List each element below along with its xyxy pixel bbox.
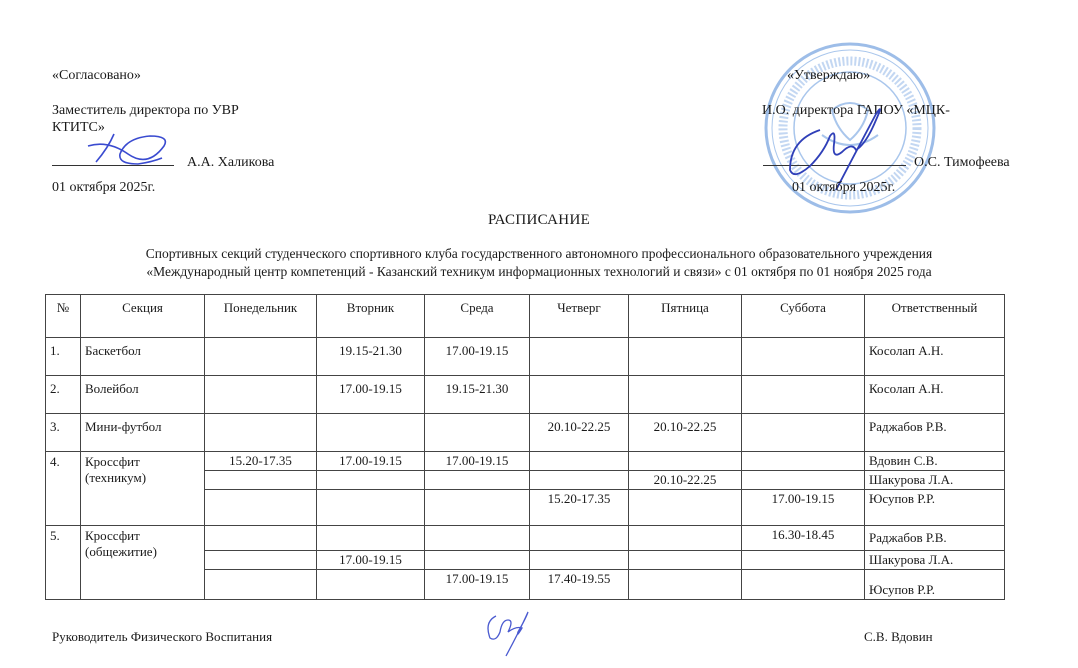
header-friday: Пятница: [629, 295, 742, 338]
cell-thursday: [530, 471, 629, 490]
cell-tuesday: [317, 570, 425, 600]
cell-friday: [629, 526, 742, 551]
cell-wednesday: [425, 471, 530, 490]
cell-monday: [205, 376, 317, 414]
cell-tuesday: 17.00-19.15: [317, 376, 425, 414]
cell-section: Кроссфит (техникум): [81, 452, 205, 526]
cell-tuesday: [317, 526, 425, 551]
header-section: Секция: [81, 295, 205, 338]
footer-name: С.В. Вдовин: [864, 629, 933, 645]
cell-thursday: [530, 338, 629, 376]
cell-monday: [205, 490, 317, 526]
header-tuesday: Вторник: [317, 295, 425, 338]
table-row: 5. Кроссфит (общежитие) 16.30-18.45 Радж…: [46, 526, 1005, 551]
cell-wednesday: [425, 526, 530, 551]
cell-num: 2.: [46, 376, 81, 414]
cell-wednesday: [425, 490, 530, 526]
cell-friday: [629, 490, 742, 526]
cell-monday: [205, 526, 317, 551]
cell-friday: 20.10-22.25: [629, 414, 742, 452]
cell-responsible: Юсупов Р.Р.: [865, 570, 1005, 600]
cell-tuesday: 17.00-19.15: [317, 452, 425, 471]
cell-friday: [629, 452, 742, 471]
cell-responsible: Косолап А.Н.: [865, 376, 1005, 414]
cell-tuesday: [317, 414, 425, 452]
approval-left-name: А.А. Халикова: [187, 155, 274, 171]
cell-tuesday: [317, 471, 425, 490]
schedule-table: № Секция Понедельник Вторник Среда Четве…: [45, 294, 1005, 600]
cell-friday: [629, 570, 742, 600]
cell-num: 1.: [46, 338, 81, 376]
cell-thursday: 15.20-17.35: [530, 490, 629, 526]
cell-section: Мини-футбол: [81, 414, 205, 452]
table-row: 1. Баскетбол 19.15-21.30 17.00-19.15 Кос…: [46, 338, 1005, 376]
cell-monday: [205, 570, 317, 600]
cell-thursday: 17.40-19.55: [530, 570, 629, 600]
cell-responsible: Раджабов Р.В.: [865, 526, 1005, 551]
cell-wednesday: 19.15-21.30: [425, 376, 530, 414]
header-monday: Понедельник: [205, 295, 317, 338]
subtitle-line-2: «Международный центр компетенций - Казан…: [0, 263, 1078, 281]
approval-left-date: 01 октября 2025г.: [52, 180, 155, 196]
cell-wednesday: 17.00-19.15: [425, 452, 530, 471]
cell-responsible: Вдовин С.В.: [865, 452, 1005, 471]
cell-responsible: Раджабов Р.В.: [865, 414, 1005, 452]
table-header-row: № Секция Понедельник Вторник Среда Четве…: [46, 295, 1005, 338]
cell-friday: [629, 338, 742, 376]
cell-saturday: [742, 452, 865, 471]
approval-right-heading: «Утверждаю»: [787, 68, 870, 84]
cell-saturday: [742, 551, 865, 570]
cell-num: 3.: [46, 414, 81, 452]
cell-saturday: [742, 376, 865, 414]
cell-saturday: [742, 414, 865, 452]
cell-monday: [205, 551, 317, 570]
cell-saturday: [742, 570, 865, 600]
header-wednesday: Среда: [425, 295, 530, 338]
cell-section: Баскетбол: [81, 338, 205, 376]
approval-right-name: О.С. Тимофеева: [914, 155, 1010, 171]
cell-responsible: Косолап А.Н.: [865, 338, 1005, 376]
cell-num: 5.: [46, 526, 81, 600]
cell-saturday: [742, 471, 865, 490]
cell-friday: [629, 376, 742, 414]
cell-monday: [205, 471, 317, 490]
footer-position: Руководитель Физического Воспитания: [52, 629, 272, 645]
cell-wednesday: [425, 551, 530, 570]
cell-wednesday: 17.00-19.15: [425, 570, 530, 600]
cell-responsible: Шакурова Л.А.: [865, 551, 1005, 570]
cell-thursday: [530, 376, 629, 414]
cell-monday: [205, 338, 317, 376]
table-row: 3. Мини-футбол 20.10-22.25 20.10-22.25 Р…: [46, 414, 1005, 452]
cell-saturday: [742, 338, 865, 376]
cell-num: 4.: [46, 452, 81, 526]
cell-thursday: [530, 551, 629, 570]
table-row: 2. Волейбол 17.00-19.15 19.15-21.30 Косо…: [46, 376, 1005, 414]
cell-tuesday: 19.15-21.30: [317, 338, 425, 376]
cell-saturday: 16.30-18.45: [742, 526, 865, 551]
cell-thursday: [530, 452, 629, 471]
cell-friday: [629, 551, 742, 570]
table-row: 4. Кроссфит (техникум) 15.20-17.35 17.00…: [46, 452, 1005, 471]
cell-section: Кроссфит (общежитие): [81, 526, 205, 600]
header-responsible: Ответственный: [865, 295, 1005, 338]
signature-footer-icon: [482, 608, 532, 658]
subtitle-line-1: Спортивных секций студенческого спортивн…: [0, 245, 1078, 263]
document-title: РАСПИСАНИЕ: [0, 212, 1078, 229]
cell-wednesday: 17.00-19.15: [425, 338, 530, 376]
approval-left-heading: «Согласовано»: [52, 68, 141, 84]
cell-wednesday: [425, 414, 530, 452]
header-thursday: Четверг: [530, 295, 629, 338]
approval-right-date: 01 октября 2025г.: [792, 180, 895, 196]
signature-left-icon: [78, 132, 168, 172]
header-saturday: Суббота: [742, 295, 865, 338]
cell-thursday: 20.10-22.25: [530, 414, 629, 452]
cell-tuesday: [317, 490, 425, 526]
cell-friday: 20.10-22.25: [629, 471, 742, 490]
cell-section: Волейбол: [81, 376, 205, 414]
cell-saturday: 17.00-19.15: [742, 490, 865, 526]
approval-left-position: Заместитель директора по УВР: [52, 103, 239, 119]
document-subtitle: Спортивных секций студенческого спортивн…: [0, 245, 1078, 281]
cell-monday: 15.20-17.35: [205, 452, 317, 471]
cell-monday: [205, 414, 317, 452]
cell-responsible: Шакурова Л.А.: [865, 471, 1005, 490]
cell-tuesday: 17.00-19.15: [317, 551, 425, 570]
cell-responsible: Юсупов Р.Р.: [865, 490, 1005, 526]
header-num: №: [46, 295, 81, 338]
cell-thursday: [530, 526, 629, 551]
